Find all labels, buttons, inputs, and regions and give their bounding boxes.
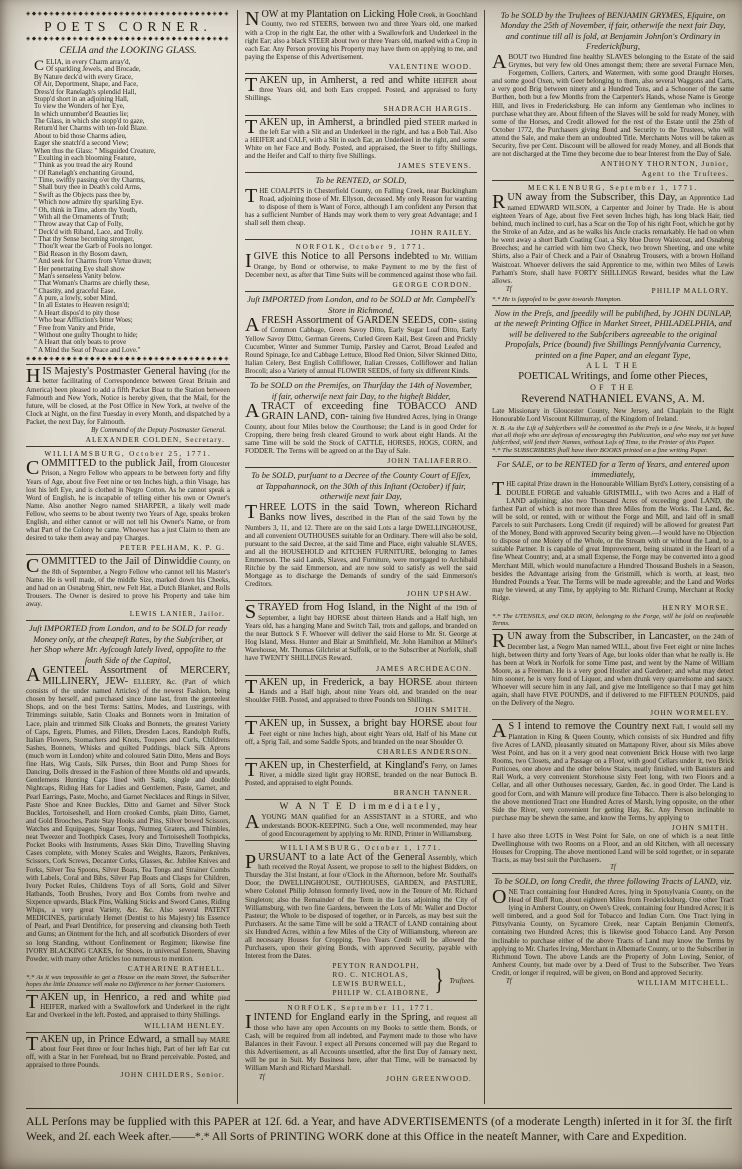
ad-runaway-apprentice-mecklenburg: MECKLENBURG, September 1, 1771. RUN away…: [492, 180, 734, 303]
poem-lines: ELIA, in every Charm array'd, Of sparkli…: [34, 59, 156, 354]
ad-nota-bene: N. B. As the Liſt of Subſcribers will be…: [492, 425, 734, 446]
ad-lead: AKEN up, in Amherst, a brindled pied: [259, 117, 421, 128]
ad-heading: W A N T E D immediately,: [245, 802, 477, 812]
ad-body: described in the Plan of the said Town b…: [245, 514, 477, 588]
ad-body: of the 19th of September, a light bay HO…: [245, 604, 477, 662]
ad-byrd-lottery-forge: For SALE, or to be RENTED for a Term of …: [492, 456, 734, 628]
ornament-border-icon: ◈◆◈◆◈◆◈◆◈◆◈◆◈◆◈◆◈◆◈◆◈◆◈◆◈◆◈◆◈◆◈◆◈◆◈◆◈◆: [26, 36, 230, 42]
ad-lead: TRAYED from Hog Island, in the Night: [258, 602, 431, 613]
trustee-names: PEYTON RANDOLPH, RO. C. NICHOLAS, LEWIS …: [333, 962, 429, 998]
ad-body: Gloucester Prison, a Negro Fellow who ap…: [26, 460, 230, 542]
ad-body: YOUNG MAN qualified for an ASSISTANT in …: [261, 813, 477, 837]
ad-signature: CATHARINE RATHELL.: [26, 964, 225, 973]
till-forbid-mark: Tf: [506, 286, 512, 293]
ad-signature-role: Agent to the Truſtees.: [492, 169, 729, 178]
drop-cap: T: [245, 504, 257, 520]
ad-text: COMMITTED to the Jail of Dinwiddie Count…: [26, 557, 230, 608]
ad-text: THE capital Prize drawn in the Honourabl…: [492, 480, 734, 602]
ad-body: (for the better facilitating of Correspo…: [26, 368, 230, 426]
ad-body: sisting of Common Cabbage, Green Savoy D…: [245, 317, 477, 375]
ad-byline: By Command of the Deputy Postmaster Gene…: [26, 427, 226, 434]
ad-heading: For SALE, or to be RENTED for a Term of …: [494, 459, 732, 480]
ad-taken-up-chesterfield: TAKEN up, in Chesterfield, at Kingland's…: [245, 758, 477, 798]
ad-text: THE COALPITS in Chesterfield County, on …: [245, 187, 477, 228]
ad-text: AS I intend to remove the Country next F…: [492, 722, 734, 822]
ad-text: TAKEN up, in Frederick, a bay HORSE abou…: [245, 678, 477, 705]
drop-cap: T: [245, 77, 257, 93]
ad-signature: TfPHILIP MALLORY.: [492, 286, 729, 295]
ad-essex-decree-sale: To be SOLD, purſuant to a Decree of the …: [245, 467, 477, 598]
ad-land-sale-orange-county: To be SOLD on the Premiſes, on Thurſday …: [245, 377, 477, 465]
ad-body-continued: I have also three LOTS in West Point for…: [492, 832, 734, 864]
ad-dateline: WILLIAMSBURG, October 25, 1771.: [26, 450, 230, 458]
imprint-text: ALL Perſons may be ſupplied with this PA…: [26, 1114, 732, 1143]
drop-cap: A: [245, 317, 259, 333]
brace-glyph: }: [434, 966, 443, 994]
ad-signature: HENRY MORSE.: [492, 603, 729, 612]
ad-body: BOUT two Hundred fine healthy SLAVES bel…: [492, 53, 734, 158]
ad-note: *.* He is ſuppoſed to be gone towards Ha…: [492, 296, 734, 303]
ad-text: TAKEN up, in Chesterfield, at Kingland's…: [245, 761, 477, 788]
drop-cap: A: [26, 667, 40, 683]
poem: CELIA, in every Charm array'd, Of sparkl…: [34, 59, 230, 354]
drop-cap: H: [26, 368, 40, 384]
drop-cap: T: [26, 1036, 38, 1052]
drop-cap: T: [245, 679, 257, 695]
ad-note: *.* The UTENSILS, and OLD IRON, belongin…: [492, 613, 734, 627]
ad-lead: AKEN up, in Prince Edward, a small: [40, 1034, 195, 1045]
ad-signature: TfWILLIAM MITCHELL.: [492, 978, 729, 987]
drop-cap: A: [492, 723, 506, 739]
ad-text: TAKEN up, in Amherst, a red and white HE…: [245, 76, 477, 103]
trustee-name: PHILIP W. CLAIBORNE,: [333, 989, 429, 998]
till-forbid-mark: Tf: [492, 864, 734, 871]
ad-lead: UN away from the Subscriber, this Day,: [507, 192, 677, 203]
ad-signature: PETER PELHAM, K. P. G.: [26, 543, 225, 552]
ad-signature: JAMES ARCHDEACON.: [245, 664, 472, 673]
ad-wanted-store-assistant: W A N T E D immediately, AYOUNG MAN qual…: [245, 799, 477, 837]
drop-cap: A: [245, 814, 259, 830]
till-forbid-mark: Tf: [506, 978, 512, 985]
ad-note: *.* The SUBSCRIBERS ſhall have their BOO…: [492, 447, 734, 454]
book-author-line: Reverend NATHANIEL EVANS, A. M.: [492, 393, 734, 405]
ad-text: AGENTEEL Assortment of MERCERY, MILLINER…: [26, 666, 230, 963]
ad-heading: To be SOLD, on long Credit, the three fo…: [494, 876, 732, 886]
ad-strayed-steers-goochland: NOW at my Plantation on Licking Hole Cre…: [245, 10, 477, 71]
ad-greenwood-england-notice: NORFOLK, September 11, 1771. IINTEND for…: [245, 1000, 477, 1082]
ad-note: *.* As it was impossible to get a House …: [26, 974, 230, 988]
ad-lead: URSUANT to a late Act of the General: [258, 852, 425, 863]
ad-heading: Now in the Preſs, and ſpeedily will be p…: [494, 308, 732, 360]
drop-cap: P: [245, 854, 256, 870]
subscription-imprint-line: ALL Perſons may be ſupplied with this PA…: [26, 1108, 732, 1145]
poem-title: CELIA and the LOOKING GLASS.: [26, 45, 230, 56]
ad-signature: BRANCH TANNER.: [245, 788, 472, 797]
ad-body: HE capital Prize drawn in the Honourable…: [492, 480, 734, 602]
ad-coalpits-chesterfield: To be RENTED, or SOLD, THE COALPITS in C…: [245, 172, 477, 237]
ad-signature: JOHN SMITH.: [245, 705, 472, 714]
ad-text: TAKEN up, in Prince Edward, a small bay …: [26, 1035, 230, 1070]
ad-text: COMMITTED to the publick Jail, from Glou…: [26, 459, 230, 542]
ad-dateline: WILLIAMSBURG, October 1, 1771.: [245, 844, 477, 852]
ad-lead: S I intend to remove the Country next: [508, 721, 669, 732]
ad-taken-up-henrico: TAKEN up, in Henrico, a red and white pi…: [26, 990, 230, 1030]
ad-signature: VALENTINE WOOD.: [245, 62, 472, 71]
ad-signature: JAMES STEVENS.: [245, 161, 472, 170]
ad-taken-up-amherst-heifer: TAKEN up, in Amherst, a red and white HE…: [245, 73, 477, 113]
drop-cap: I: [245, 253, 252, 269]
ad-notice-orange-debts: NORFOLK, October 9, 1771. IGIVE this Not…: [245, 239, 477, 289]
ad-signature-text: WILLIAM MITCHELL.: [637, 978, 729, 987]
ad-heading: Juſt IMPORTED from London, and to be SOL…: [28, 623, 228, 665]
ad-lead: IS Majesty's Postmaster General having: [42, 366, 206, 377]
ad-text: AFRESH Assortment of GARDEN SEEDS, con- …: [245, 316, 477, 375]
ad-text: PURSUANT to a late Act of the General As…: [245, 853, 477, 961]
drop-cap: T: [245, 188, 257, 204]
ad-signature: SHADRACH HARGIS.: [245, 104, 472, 113]
ad-text: RUN away from the Subscriber, this Day, …: [492, 193, 734, 285]
ad-heading: To be SOLD by the Truſtees of BENJAMIN G…: [494, 10, 732, 52]
trustee-name: RO. C. NICHOLAS,: [333, 971, 429, 980]
ad-body: Late Missionary in Gloucester County, Ne…: [492, 407, 734, 423]
ad-body: NE Tract containing four Hundred Acres, …: [492, 888, 734, 977]
drop-cap: A: [245, 403, 259, 419]
ad-signature: JOHN SMITH.: [492, 823, 729, 832]
ornament-border-icon: ◈◆◈◆◈◆◈◆◈◆◈◆◈◆◈◆◈◆◈◆◈◆◈◆◈◆◈◆◈◆◈◆◈◆◈◆◈◆: [26, 356, 230, 362]
drop-cap: A: [492, 54, 506, 70]
ad-lead: OMMITTED to the publick Jail, from: [41, 458, 197, 469]
ad-body: Assembly, which hath received the Royal …: [245, 854, 477, 961]
ad-signature: JOHN CHILDERS, Senior.: [26, 1070, 225, 1079]
ad-signature: JOHN UPSHAW.: [245, 589, 472, 598]
book-title-line: POETICAL Writings, and ſome other Pieces…: [492, 371, 734, 382]
ad-lead: INTEND for England early in the Spring,: [254, 1012, 431, 1023]
ad-text: RUN away from the Subscriber, in Lancast…: [492, 632, 734, 707]
drop-cap: R: [492, 633, 505, 649]
ad-text: ABOUT two Hundred fine healthy SLAVES be…: [492, 53, 734, 158]
drop-cap: T: [492, 481, 504, 497]
trustee-name: PEYTON RANDOLPH,: [333, 962, 429, 971]
ad-heading: To be RENTED, or SOLD,: [247, 175, 475, 185]
ad-taken-up-sussex: TAKEN up, in Sussex, a bright bay HORSE …: [245, 716, 477, 756]
ad-lead: AKEN up, in Sussex, a bright bay HORSE: [259, 718, 443, 729]
ad-lead: UN away from the Subscriber, in Lancaste…: [507, 631, 690, 642]
ad-committed-williamsburg-jail: WILLIAMSBURG, October 25, 1771. COMMITTE…: [26, 446, 230, 552]
drop-cap: R: [492, 194, 505, 210]
drop-cap: N: [245, 11, 259, 27]
ad-signature-text: PHILIP MALLORY.: [652, 286, 729, 295]
ad-text: AYOUNG MAN qualified for an ASSISTANT in…: [245, 813, 477, 837]
ad-text: ONE Tract containing four Hundred Acres,…: [492, 888, 734, 977]
ad-signature: JOHN WORMELEY.: [492, 708, 729, 717]
ad-grymes-estate-sale: To be SOLD by the Truſtees of BENJAMIN G…: [492, 10, 734, 178]
ad-lead: GIVE this Notice to all Persons indebted: [254, 251, 430, 262]
ad-signature: ALEXANDER COLDEN, Secretary.: [26, 435, 225, 444]
drop-cap: T: [245, 119, 257, 135]
ad-text: IGIVE this Notice to all Persons indebte…: [245, 252, 477, 279]
ad-signature: JOHN TALIAFERRO.: [245, 456, 472, 465]
ad-taken-up-frederick: TAKEN up, in Frederick, a bay HORSE abou…: [245, 675, 477, 715]
ad-garden-seeds-richmond: Juſt IMPORTED from London, and to be SOL…: [245, 291, 477, 375]
newspaper-page-scan: ◈◆◈◆◈◆◈◆◈◆◈◆◈◆◈◆◈◆◈◆◈◆◈◆◈◆◈◆◈◆◈◆◈◆◈◆◈◆ P…: [0, 0, 742, 1169]
page-columns: ◈◆◈◆◈◆◈◆◈◆◈◆◈◆◈◆◈◆◈◆◈◆◈◆◈◆◈◆◈◆◈◆◈◆◈◆◈◆ P…: [0, 0, 742, 1104]
book-title-line: OF THE: [492, 383, 734, 392]
ad-signature: GEORGE CORDON.: [245, 280, 472, 289]
ad-heading: To be SOLD on the Premiſes, on Thurſday …: [247, 380, 475, 401]
ad-text: THREE LOTS in the said Town, whereon Ric…: [245, 503, 477, 589]
ad-body: an Apprentice Lad named EDWARD WILSON, a…: [492, 194, 734, 284]
ad-committed-dinwiddie-jail: COMMITTED to the Jail of Dinwiddie Count…: [26, 554, 230, 618]
drop-cap: O: [492, 889, 506, 905]
ad-text: STRAYED from Hog Island, in the Night of…: [245, 603, 477, 662]
ad-heading: Juſt IMPORTED from London, and to be SOL…: [247, 294, 475, 315]
column-3: To be SOLD by the Truſtees of BENJAMIN G…: [484, 10, 734, 1104]
ad-text: ATRACT of exceeding fine TOBACCO AND GRA…: [245, 402, 477, 455]
ad-rathell-imported-goods: Juſt IMPORTED from London, and to be SOL…: [26, 620, 230, 987]
ad-taken-up-amherst-steer: TAKEN up, in Amherst, a brindled pied ST…: [245, 115, 477, 171]
column-1: ◈◆◈◆◈◆◈◆◈◆◈◆◈◆◈◆◈◆◈◆◈◆◈◆◈◆◈◆◈◆◈◆◈◆◈◆◈◆ P…: [26, 10, 230, 1104]
ad-lead: AKEN up, in Frederick, a bay HORSE: [259, 677, 432, 688]
ad-text: IINTEND for England early in the Spring,…: [245, 1013, 477, 1072]
ad-lead: AKEN up, in Amherst, a red and white: [259, 75, 430, 86]
drop-cap: C: [26, 460, 39, 476]
drop-cap: T: [245, 720, 257, 736]
poets-corner: ◈◆◈◆◈◆◈◆◈◆◈◆◈◆◈◆◈◆◈◆◈◆◈◆◈◆◈◆◈◆◈◆◈◆◈◆◈◆ P…: [26, 11, 230, 362]
ad-body: on the 24th of December last, a Negro Ma…: [492, 633, 734, 707]
ad-three-tracts-of-land: To be SOLD, on long Credit, the three fo…: [492, 873, 734, 987]
ad-signature-text: JOHN GREENWOOD.: [386, 1074, 472, 1083]
ad-signature: LEWIS LANIER, Jailor.: [26, 609, 225, 618]
drop-cap: S: [245, 604, 256, 620]
ad-lead: AKEN up, in Henrico, a red and white: [40, 992, 214, 1003]
drop-cap: T: [26, 994, 38, 1010]
ad-postmaster-general: HIS Majesty's Postmaster General having …: [26, 364, 230, 444]
book-title-line: ALL THE: [492, 361, 734, 370]
poem-dropcap: C: [34, 60, 44, 72]
ad-text: TAKEN up, in Amherst, a brindled pied ST…: [245, 118, 477, 161]
ad-king-queen-plantation: AS I intend to remove the Country next F…: [492, 719, 734, 871]
ad-text: HIS Majesty's Postmaster General having …: [26, 367, 230, 426]
ad-signature: ANTHONY THORNTON, Junior,: [492, 159, 729, 168]
poets-corner-title: POETS CORNER.: [26, 19, 230, 35]
ad-lead: AKEN up, in Chesterfield, at Kingland's: [259, 760, 428, 771]
ad-text: TAKEN up, in Henrico, a red and white pi…: [26, 993, 230, 1020]
ad-evans-poetical-writings: Now in the Preſs, and ſpeedily will be p…: [492, 305, 734, 454]
ad-lead: OW at my Plantation on Licking Hole: [261, 10, 417, 20]
ad-signature: JOHN RAILEY.: [245, 228, 472, 237]
trustee-label: Truſtees.: [449, 976, 475, 985]
ad-body: HE COALPITS in Chesterfield County, on F…: [245, 187, 477, 227]
drop-cap: I: [245, 1014, 252, 1030]
drop-cap: T: [245, 762, 257, 778]
ad-lead: OMMITTED to the Jail of Dinwiddie: [41, 556, 197, 567]
ad-text: NOW at my Plantation on Licking Hole Cre…: [245, 10, 477, 61]
ad-signature: CHARLES ANDERSON.: [245, 747, 472, 756]
ad-body: Fall, I would sell my Plantation in King…: [492, 723, 734, 822]
trustee-signatures: PEYTON RANDOLPH, RO. C. NICHOLAS, LEWIS …: [245, 962, 475, 998]
trustee-name: LEWIS BURWELL,: [333, 980, 429, 989]
ad-taken-up-prince-edward: TAKEN up, in Prince Edward, a small bay …: [26, 1032, 230, 1080]
ad-body: ELLERY, &c. (Part of which consists of t…: [26, 678, 230, 963]
ad-trustees-land-sale: WILLIAMSBURG, October 1, 1771. PURSUANT …: [245, 840, 477, 999]
ad-body: and request all those who have any open …: [245, 1014, 477, 1072]
ad-signature: TfJOHN GREENWOOD.: [245, 1074, 472, 1083]
ad-heading: To be SOLD, purſuant to a Decree of the …: [247, 470, 475, 501]
column-2: NOW at my Plantation on Licking Hole Cre…: [237, 10, 477, 1104]
ad-signature: WILLIAM HENLEY.: [26, 1021, 225, 1030]
ad-text: TAKEN up, in Sussex, a bright bay HORSE …: [245, 719, 477, 746]
till-forbid-mark: Tf: [259, 1074, 265, 1081]
ad-runaway-lancaster: RUN away from the Subscriber, in Lancast…: [492, 629, 734, 717]
ornament-border-icon: ◈◆◈◆◈◆◈◆◈◆◈◆◈◆◈◆◈◆◈◆◈◆◈◆◈◆◈◆◈◆◈◆◈◆◈◆◈◆: [26, 11, 230, 17]
ad-strayed-horse-hog-island: STRAYED from Hog Island, in the Night of…: [245, 600, 477, 672]
ad-lead: FRESH Assortment of GARDEN SEEDS, con-: [261, 315, 456, 326]
drop-cap: C: [26, 558, 39, 574]
